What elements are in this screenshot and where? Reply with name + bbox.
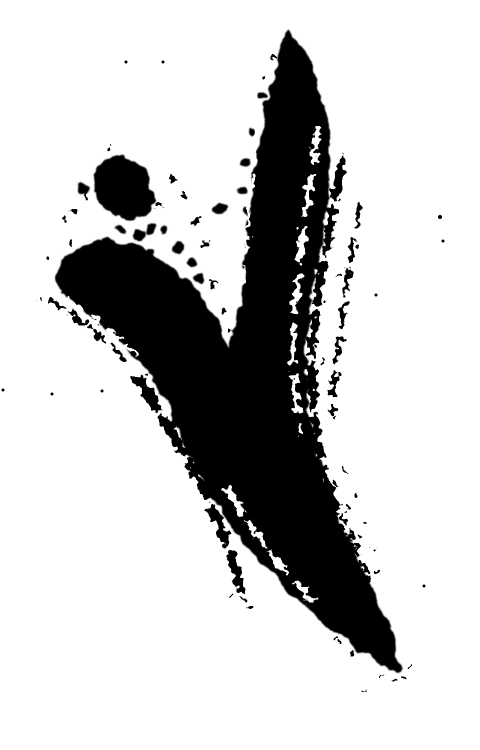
edge-speckles-shape (409, 666, 412, 669)
ink-silhouette-shape (116, 224, 124, 232)
edge-speckles-shape (211, 282, 215, 286)
edge-speckles-shape (336, 638, 340, 642)
stray-dots-shape (101, 390, 104, 393)
ink-silhouette-shape (146, 249, 154, 257)
edge-speckles-shape (44, 256, 48, 260)
edge-speckles-shape (157, 202, 163, 208)
dry-brush-streaks-shape (332, 205, 360, 412)
edge-speckles-shape (343, 311, 346, 314)
edge-speckles-shape (62, 216, 67, 221)
stray-dots-shape (125, 61, 128, 64)
ink-silhouette-shape (134, 230, 146, 242)
edge-speckles-shape (324, 300, 328, 304)
brushstroke-ink-mark (0, 0, 480, 750)
ink-silhouette-shape (212, 201, 224, 213)
edge-speckles-shape (73, 208, 77, 212)
stray-dots-shape (2, 389, 5, 392)
ink-silhouette-shape (258, 91, 266, 99)
edge-speckles-shape (328, 390, 332, 394)
edge-speckles-shape (402, 676, 406, 680)
edge-speckles-shape (242, 596, 247, 601)
edge-speckles-shape (248, 606, 252, 610)
edge-speckles-shape (354, 494, 358, 498)
ink-mark-canvas (0, 0, 480, 750)
edge-speckles-shape (67, 240, 73, 246)
edge-speckles-shape (220, 308, 224, 312)
edge-speckles-shape (343, 468, 347, 472)
ink-silhouette-shape (172, 242, 184, 254)
ink-silhouette-shape (145, 225, 155, 235)
edge-speckles-shape (193, 219, 199, 225)
edge-speckles-shape (328, 248, 332, 252)
ink-silhouette-shape (93, 156, 155, 219)
ink-silhouette-shape (55, 30, 402, 674)
edge-speckles-shape (182, 193, 188, 199)
ink-silhouette-shape (243, 158, 251, 166)
edge-speckles-shape (336, 274, 340, 278)
ink-silhouette-shape (78, 183, 88, 193)
edge-speckles-shape (334, 484, 338, 488)
stray-dots-shape (375, 294, 378, 297)
edge-speckles-shape (392, 681, 396, 685)
stray-dots-shape (423, 585, 426, 588)
ink-silhouette-shape (239, 187, 245, 193)
edge-speckles-shape (108, 146, 112, 150)
edge-speckles-shape (262, 76, 267, 81)
ink-silhouette-shape (195, 273, 205, 283)
edge-speckles-shape (201, 241, 207, 247)
edge-speckles-shape (332, 416, 336, 420)
edge-speckles-shape (270, 56, 274, 60)
edge-speckles-shape (346, 506, 351, 511)
stray-dots-shape (442, 240, 445, 243)
ink-silhouette-shape (158, 227, 166, 235)
edge-speckles-shape (365, 691, 368, 694)
edge-speckles-shape (84, 194, 89, 199)
edge-speckles-shape (364, 520, 368, 524)
ink-silhouette (55, 30, 402, 674)
edge-speckles-shape (320, 360, 324, 364)
edge-speckles-shape (170, 176, 175, 181)
ink-silhouette-shape (187, 257, 197, 267)
edge-speckles-shape (350, 653, 354, 657)
stray-dots-shape (162, 61, 165, 64)
edge-speckles-shape (230, 594, 234, 598)
stray-dots-shape (51, 393, 54, 396)
edge-speckles-shape (372, 546, 376, 550)
edge-speckles-shape (358, 534, 362, 538)
edge-speckles-shape (381, 676, 384, 679)
edge-speckles-shape (38, 296, 42, 300)
edge-speckles-shape (226, 330, 231, 335)
stray-dots-shape (438, 215, 442, 219)
edge-speckles-shape (376, 570, 380, 574)
